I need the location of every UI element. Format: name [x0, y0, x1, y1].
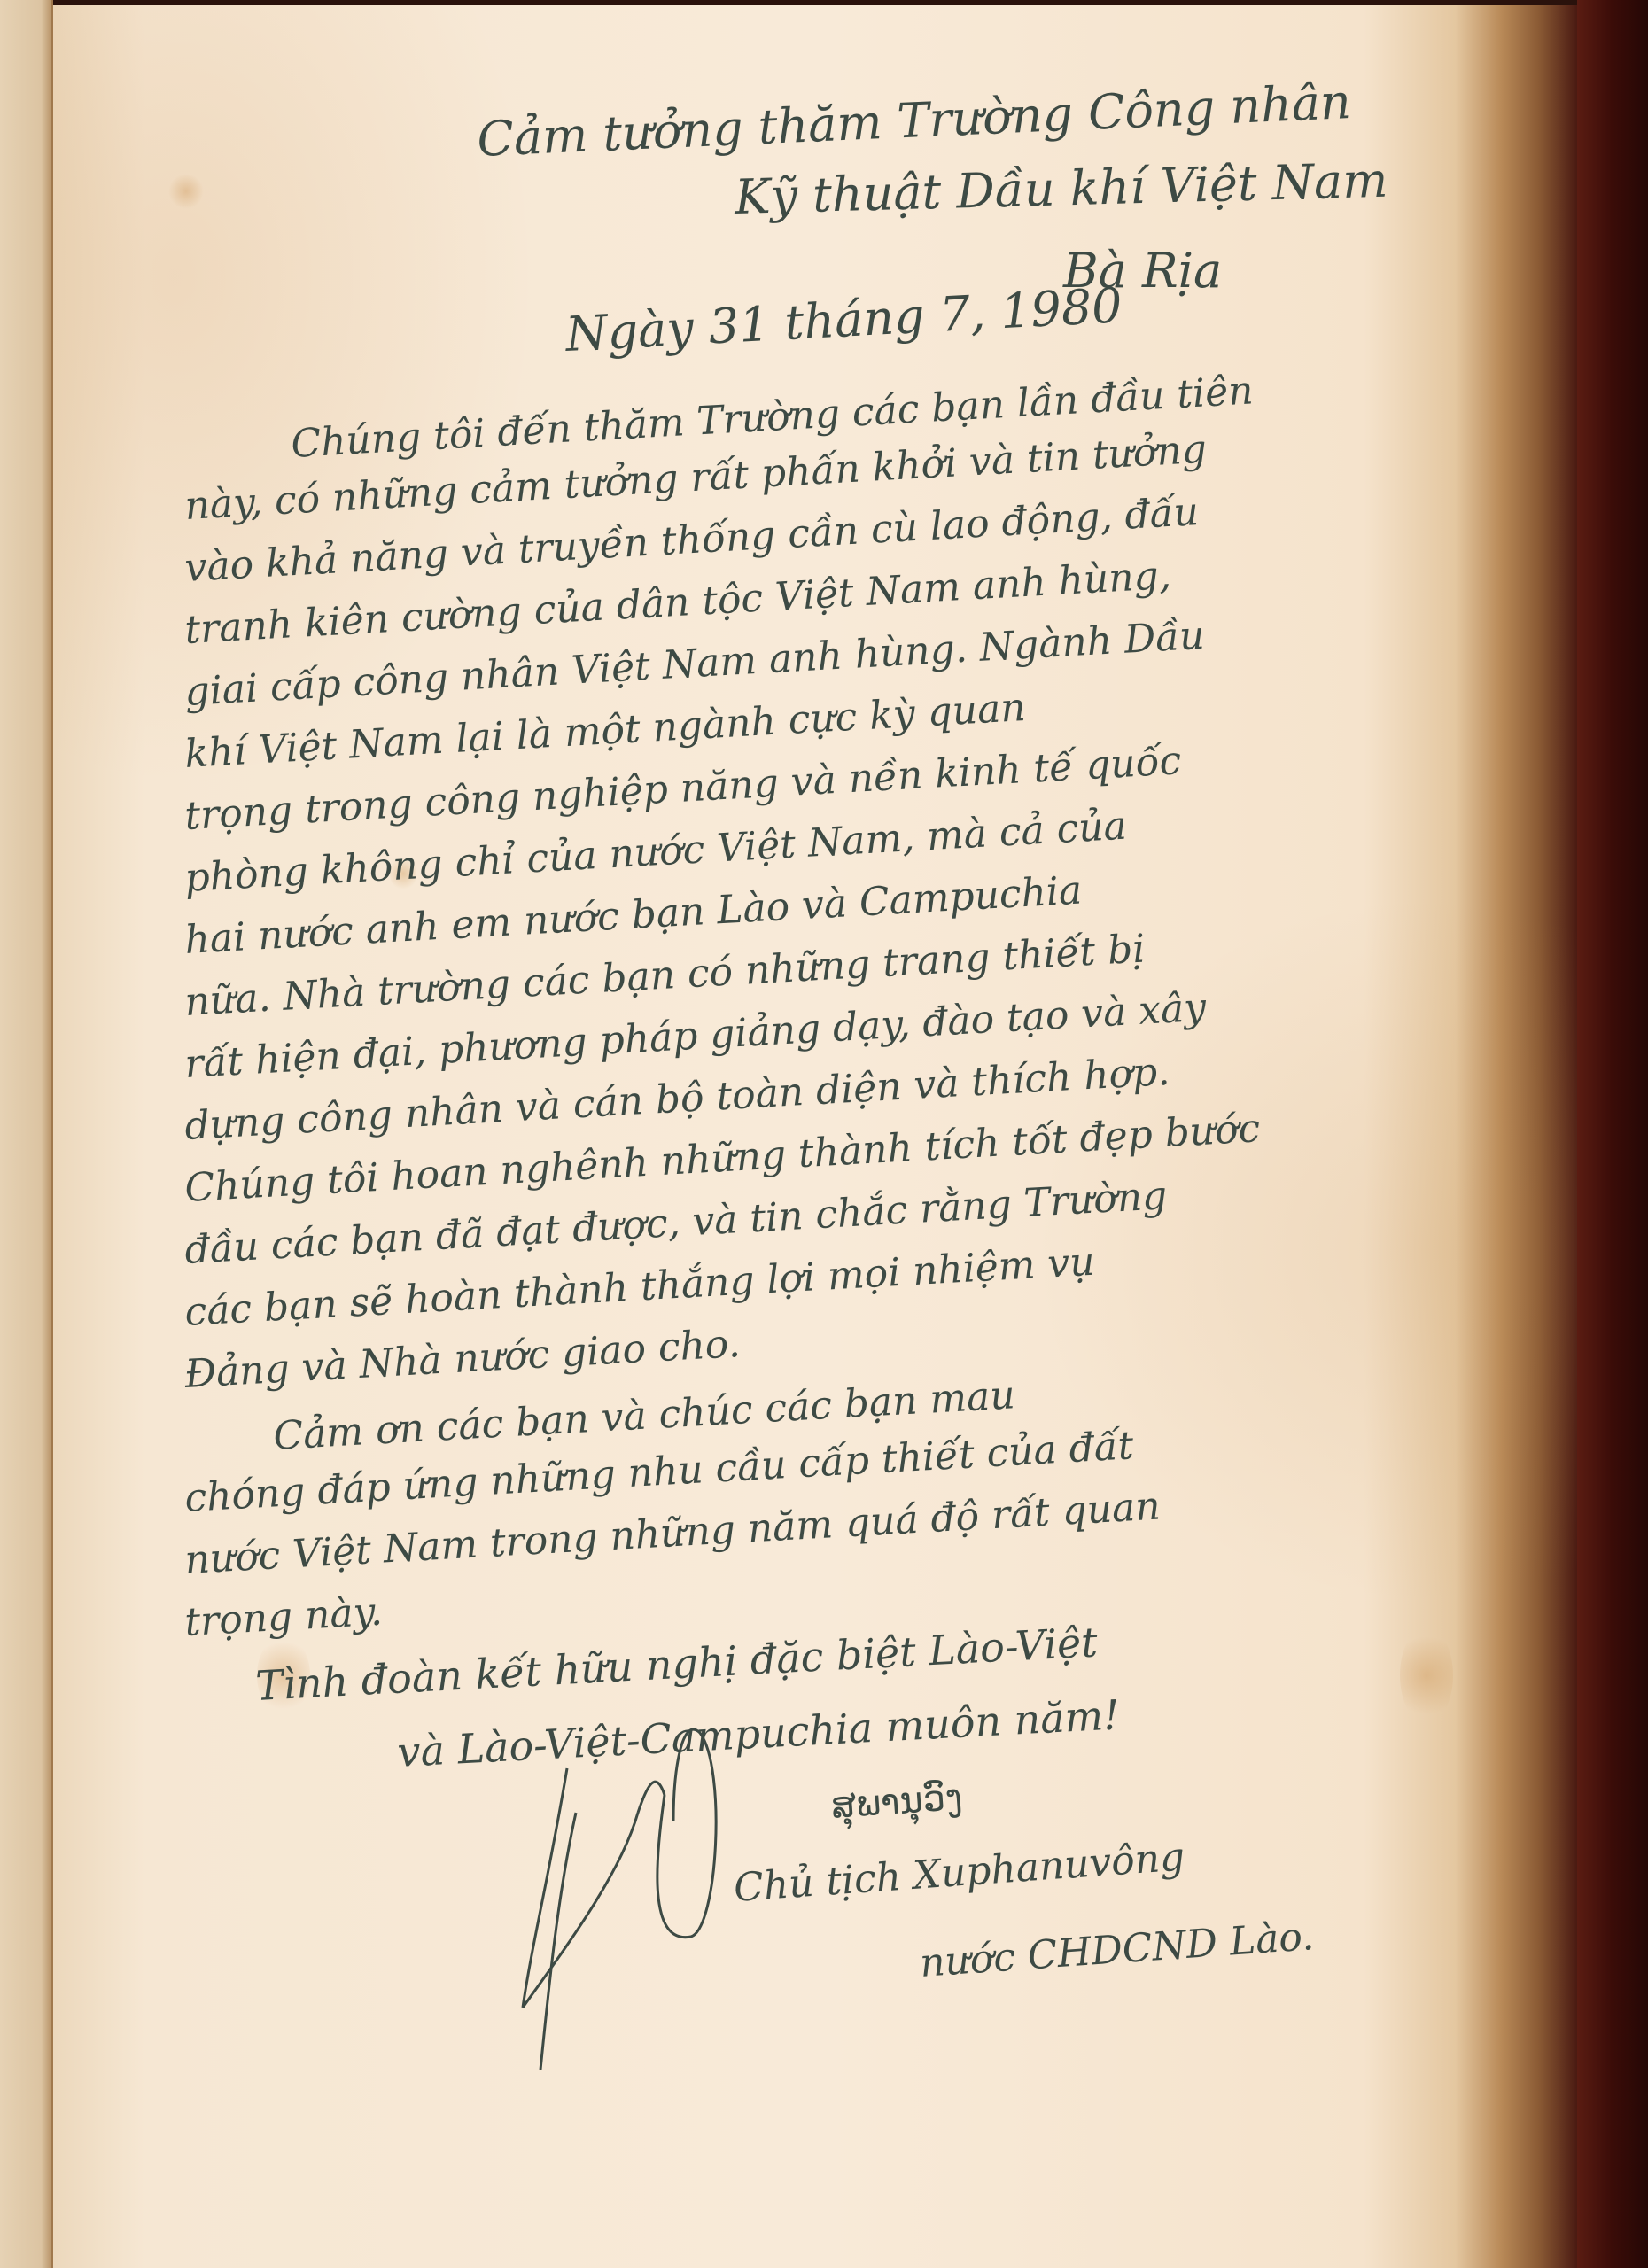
- signature-country: nước CHDCND Lào.: [918, 1914, 1315, 1986]
- signature-title: Chủ tịch Xuphanuvông: [732, 1835, 1185, 1911]
- paper-stain: [168, 174, 204, 209]
- body-line: Đảng và Nhà nước giao cho.: [183, 1321, 742, 1397]
- book-spine: [1577, 0, 1648, 2268]
- signature-lao-script: ສຸພານຸວົງ: [830, 1777, 964, 1827]
- heading-line-2: Kỹ thuật Dầu khí Việt Nam: [734, 152, 1388, 225]
- body-line: trọng này.: [183, 1589, 384, 1645]
- paper-stain: [1400, 1627, 1453, 1724]
- guestbook-page: Cảm tưởng thăm Trường Công nhân Kỹ thuật…: [53, 5, 1577, 2268]
- heading-line-1: Cảm tưởng thăm Trường Công nhân: [476, 74, 1352, 167]
- entry-date: Ngày 31 tháng 7, 1980: [564, 277, 1123, 362]
- facing-page-edge: [0, 0, 53, 2268]
